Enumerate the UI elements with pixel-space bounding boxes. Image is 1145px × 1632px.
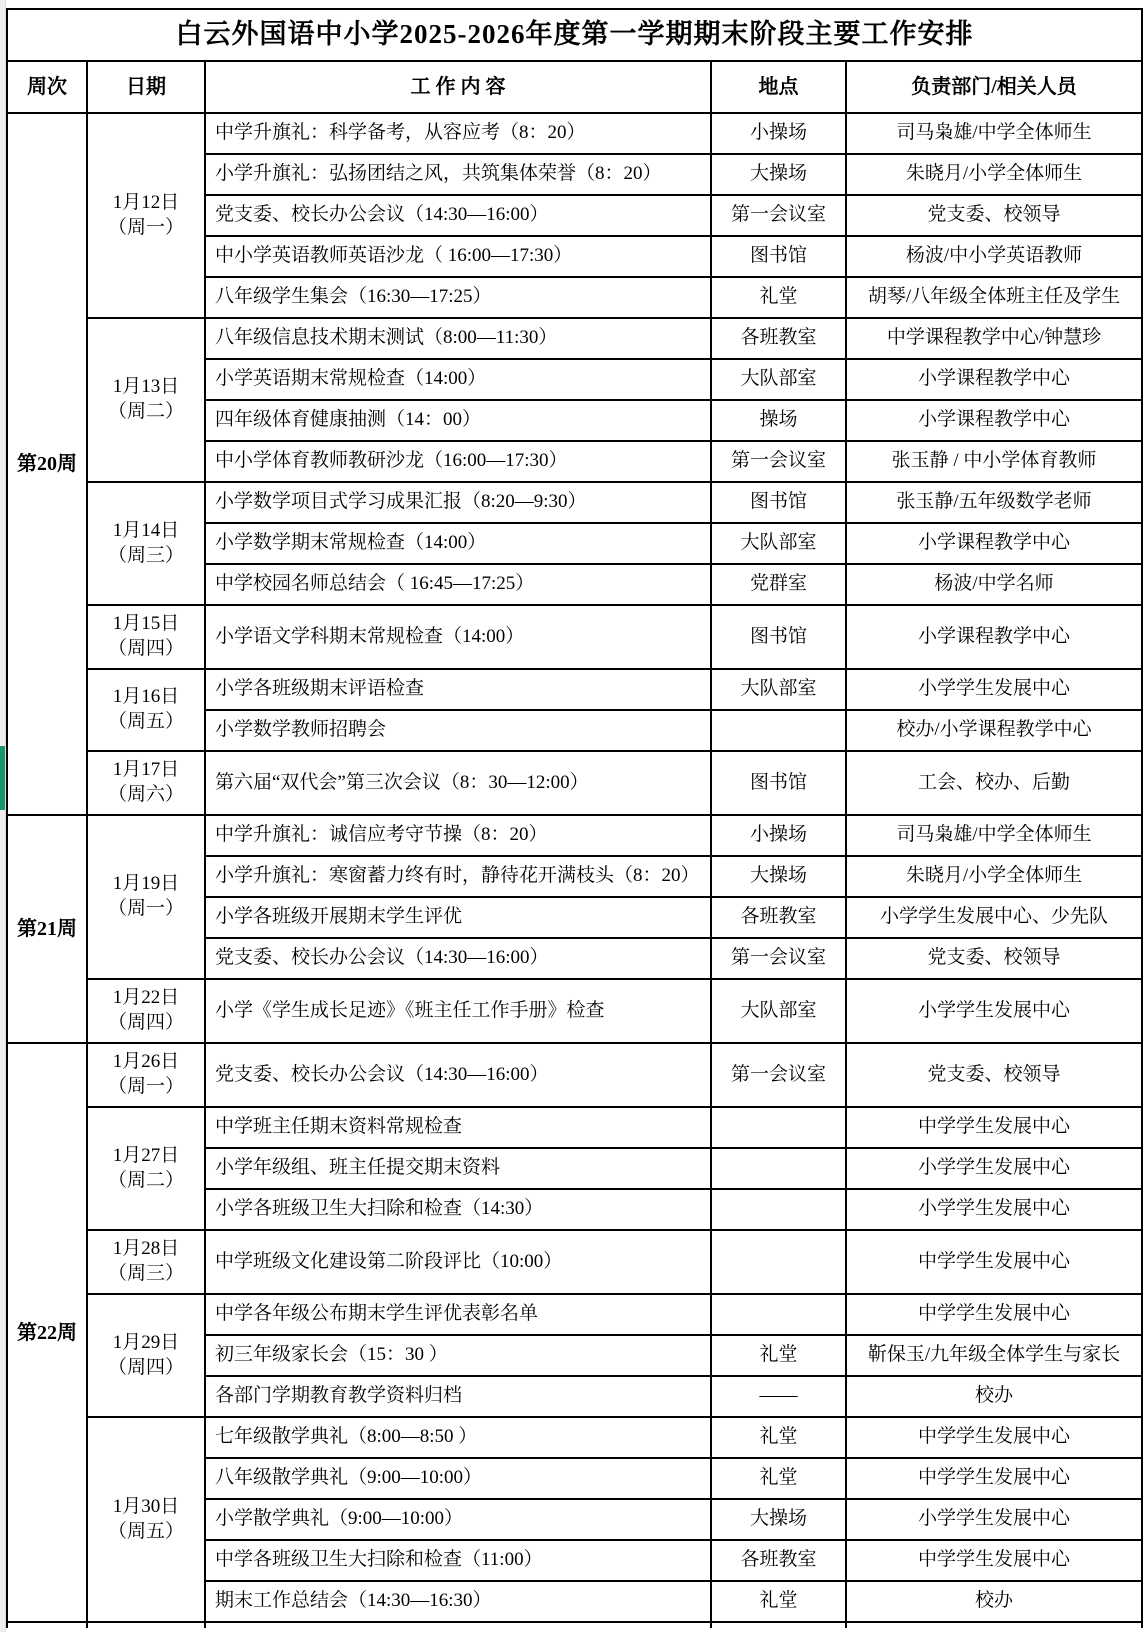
- location-cell: 各班教室: [711, 318, 846, 359]
- owner-cell: 中学学生发展中心: [846, 1417, 1142, 1458]
- owner-cell: 小学课程教学中心: [846, 523, 1142, 564]
- owner-cell: 党支委、校领导: [846, 938, 1142, 979]
- location-cell: ——: [711, 1376, 846, 1417]
- owner-cell: 杨波/中学名师: [846, 564, 1142, 605]
- owner-cell: 小学学生发展中心: [846, 1148, 1142, 1189]
- weekday-text: （周三）: [92, 544, 200, 569]
- date-text: 1月19日: [92, 872, 200, 897]
- owner-cell: 党支委、校领导: [846, 195, 1142, 236]
- task-cell: 党支委、校长办公会议（14:30—16:00）: [205, 195, 711, 236]
- task-cell: 中学各年级公布期末学生评优表彰名单: [205, 1294, 711, 1335]
- date-cell: 1月22日（周四）: [87, 979, 205, 1043]
- table-row: 1月30日（周五）七年级散学典礼（8:00—8:50 ）礼堂中学学生发展中心: [7, 1417, 1142, 1458]
- owner-cell: 朱晓月/小学全体师生: [846, 154, 1142, 195]
- weekday-text: （周五）: [92, 710, 200, 735]
- task-cell: 党支委、校长办公会议（14:30—16:00）: [205, 938, 711, 979]
- table-header-cell: 周次: [7, 61, 87, 113]
- task-cell: 中小学英语教师英语沙龙（ 16:00—17:30）: [205, 236, 711, 277]
- task-cell: 中学各班级卫生大扫除和检查（11:00）: [205, 1540, 711, 1581]
- owner-cell: 司马枭雄/中学全体师生: [846, 113, 1142, 154]
- table-row: 1月22日（周四）小学《学生成长足迹》《班主任工作手册》检查大队部室小学学生发展…: [7, 979, 1142, 1043]
- week-cell: 第20周: [7, 113, 87, 815]
- task-cell: 七年级散学典礼（8:00—8:50 ）: [205, 1417, 711, 1458]
- owner-cell: 胡琴/八年级全体班主任及学生: [846, 277, 1142, 318]
- task-cell: 八年级散学典礼（9:00—10:00）: [205, 1458, 711, 1499]
- date-cell: 1月13日（周二）: [87, 318, 205, 482]
- location-cell: 礼堂: [711, 1335, 846, 1376]
- location-cell: 小操场: [711, 113, 846, 154]
- date-text: 1月15日: [92, 612, 200, 637]
- task-cell: 小学英语期末常规检查（14:00）: [205, 359, 711, 400]
- task-cell: 各部门学期教育教学资料归档: [205, 1376, 711, 1417]
- location-cell: 第一会议室: [711, 1043, 846, 1107]
- location-cell: 大操场: [711, 1499, 846, 1540]
- task-cell: 期末工作总结会（14:30—16:30）: [205, 1581, 711, 1622]
- owner-cell: 小学课程教学中心: [846, 605, 1142, 669]
- date-cell: 1月27日（周二）: [87, 1107, 205, 1230]
- task-cell: 小学各班级卫生大扫除和检查（14:30）: [205, 1189, 711, 1230]
- owner-cell: 中学学生发展中心: [846, 1458, 1142, 1499]
- date-cell: 1月30日（周五）: [87, 1417, 205, 1622]
- task-cell: 中学班主任期末资料常规检查: [205, 1107, 711, 1148]
- location-cell: [711, 710, 846, 751]
- task-cell: 小学《学生成长足迹》《班主任工作手册》检查: [205, 979, 711, 1043]
- weekday-text: （周五）: [92, 1520, 200, 1545]
- location-cell: 各班教室: [711, 1540, 846, 1581]
- owner-cell: 张玉静 / 中小学体育教师: [846, 441, 1142, 482]
- location-cell: 礼堂: [711, 1581, 846, 1622]
- partial-cell: [87, 1622, 205, 1628]
- location-cell: 图书馆: [711, 751, 846, 815]
- weekday-text: （周一）: [92, 1075, 200, 1100]
- task-cell: 小学数学教师招聘会: [205, 710, 711, 751]
- date-cell: 1月16日（周五）: [87, 669, 205, 751]
- date-text: 1月30日: [92, 1495, 200, 1520]
- table-row: 1月27日（周二）中学班主任期末资料常规检查中学学生发展中心: [7, 1107, 1142, 1148]
- date-text: 1月16日: [92, 685, 200, 710]
- owner-cell: 党支委、校领导: [846, 1043, 1142, 1107]
- owner-cell: 中学学生发展中心: [846, 1540, 1142, 1581]
- task-cell: 小学升旗礼：弘扬团结之风，共筑集体荣誉（8：20）: [205, 154, 711, 195]
- owner-cell: 校办/小学课程教学中心: [846, 710, 1142, 751]
- location-cell: 操场: [711, 400, 846, 441]
- task-cell: 小学数学项目式学习成果汇报（8:20—9:30）: [205, 482, 711, 523]
- table-row: 第22周1月26日（周一）党支委、校长办公会议（14:30—16:00）第一会议…: [7, 1043, 1142, 1107]
- location-cell: 礼堂: [711, 1458, 846, 1499]
- owner-cell: 校办: [846, 1581, 1142, 1622]
- weekday-text: （周三）: [92, 1262, 200, 1287]
- location-cell: 小操场: [711, 815, 846, 856]
- location-cell: 大操场: [711, 154, 846, 195]
- weekday-text: （周六）: [92, 783, 200, 808]
- date-text: 1月13日: [92, 375, 200, 400]
- date-cell: 1月28日（周三）: [87, 1230, 205, 1294]
- task-cell: 小学各班级开展期末学生评优: [205, 897, 711, 938]
- location-cell: 图书馆: [711, 482, 846, 523]
- selection-indicator-bar: [0, 746, 5, 810]
- task-cell: 中学班级文化建设第二阶段评比（10:00）: [205, 1230, 711, 1294]
- task-cell: 小学数学期末常规检查（14:00）: [205, 523, 711, 564]
- location-cell: [711, 1294, 846, 1335]
- location-cell: 第一会议室: [711, 195, 846, 236]
- date-text: 1月26日: [92, 1050, 200, 1075]
- location-cell: 图书馆: [711, 605, 846, 669]
- owner-cell: 杨波/中小学英语教师: [846, 236, 1142, 277]
- owner-cell: 小学学生发展中心、少先队: [846, 897, 1142, 938]
- table-row: 1月28日（周三）中学班级文化建设第二阶段评比（10:00）中学学生发展中心: [7, 1230, 1142, 1294]
- date-cell: 1月26日（周一）: [87, 1043, 205, 1107]
- owner-cell: 靳保玉/九年级全体学生与家长: [846, 1335, 1142, 1376]
- task-cell: 中学升旗礼：科学备考，从容应考（8：20）: [205, 113, 711, 154]
- location-cell: 大操场: [711, 856, 846, 897]
- table-row: 1月13日（周二）八年级信息技术期末测试（8:00—11:30）各班教室中学课程…: [7, 318, 1142, 359]
- location-cell: 第一会议室: [711, 441, 846, 482]
- location-cell: [711, 1230, 846, 1294]
- weekday-text: （周一）: [92, 216, 200, 241]
- owner-cell: 小学课程教学中心: [846, 359, 1142, 400]
- date-text: 1月12日: [92, 191, 200, 216]
- owner-cell: 张玉静/五年级数学老师: [846, 482, 1142, 523]
- table-header-cell: 负责部门/相关人员: [846, 61, 1142, 113]
- date-cell: 1月12日（周一）: [87, 113, 205, 318]
- owner-cell: 工会、校办、后勤: [846, 751, 1142, 815]
- owner-cell: 小学学生发展中心: [846, 1189, 1142, 1230]
- weekday-text: （周四）: [92, 1011, 200, 1036]
- task-cell: 小学升旗礼：寒窗蓄力终有时，静待花开满枝头（8：20）: [205, 856, 711, 897]
- table-row: 1月14日（周三）小学数学项目式学习成果汇报（8:20—9:30）图书馆张玉静/…: [7, 482, 1142, 523]
- date-text: 1月14日: [92, 519, 200, 544]
- location-cell: [711, 1189, 846, 1230]
- weekday-text: （周一）: [92, 897, 200, 922]
- location-cell: 大队部室: [711, 523, 846, 564]
- week-cell: 第21周: [7, 815, 87, 1043]
- task-cell: 第六届“双代会”第三次会议（8：30—12:00）: [205, 751, 711, 815]
- table-row: 1月16日（周五）小学各班级期末评语检查大队部室小学学生发展中心: [7, 669, 1142, 710]
- task-cell: 初三年级家长会（15：30 ）: [205, 1335, 711, 1376]
- partial-cell: [711, 1622, 846, 1628]
- task-cell: 小学各班级期末评语检查: [205, 669, 711, 710]
- date-text: 1月17日: [92, 758, 200, 783]
- owner-cell: 小学课程教学中心: [846, 400, 1142, 441]
- owner-cell: 校办: [846, 1376, 1142, 1417]
- week-cell: 第22周: [7, 1043, 87, 1622]
- table-header-cell: 日期: [87, 61, 205, 113]
- date-text: 1月29日: [92, 1331, 200, 1356]
- location-cell: 党群室: [711, 564, 846, 605]
- location-cell: 图书馆: [711, 236, 846, 277]
- owner-cell: 中学学生发展中心: [846, 1107, 1142, 1148]
- task-cell: 八年级学生集会（16:30—17:25）: [205, 277, 711, 318]
- task-cell: 党支委、校长办公会议（14:30—16:00）: [205, 1043, 711, 1107]
- table-row: 1月15日（周四）小学语文学科期末常规检查（14:00）图书馆小学课程教学中心: [7, 605, 1142, 669]
- table-row: 1月17日（周六）第六届“双代会”第三次会议（8：30—12:00）图书馆工会、…: [7, 751, 1142, 815]
- table-header-cell: 工 作 内 容: [205, 61, 711, 113]
- schedule-table: 白云外国语中小学2025-2026年度第一学期期末阶段主要工作安排周次日期工 作…: [6, 8, 1143, 1628]
- location-cell: 大队部室: [711, 979, 846, 1043]
- owner-cell: 小学学生发展中心: [846, 1499, 1142, 1540]
- owner-cell: 中学学生发展中心: [846, 1294, 1142, 1335]
- task-cell: 中小学体育教师教研沙龙（16:00—17:30）: [205, 441, 711, 482]
- date-text: 1月28日: [92, 1237, 200, 1262]
- task-cell: 中学校园名师总结会（ 16:45—17:25）: [205, 564, 711, 605]
- location-cell: [711, 1148, 846, 1189]
- partial-cell: [846, 1622, 1142, 1628]
- partial-cell: [7, 1622, 87, 1628]
- owner-cell: 朱晓月/小学全体师生: [846, 856, 1142, 897]
- location-cell: 各班教室: [711, 897, 846, 938]
- location-cell: 第一会议室: [711, 938, 846, 979]
- date-cell: 1月15日（周四）: [87, 605, 205, 669]
- location-cell: 礼堂: [711, 277, 846, 318]
- date-text: 1月27日: [92, 1144, 200, 1169]
- page-title: 白云外国语中小学2025-2026年度第一学期期末阶段主要工作安排: [7, 9, 1142, 61]
- task-cell: 小学年级组、班主任提交期末资料: [205, 1148, 711, 1189]
- location-cell: 礼堂: [711, 1417, 846, 1458]
- header-row: 周次日期工 作 内 容地点负责部门/相关人员: [7, 61, 1142, 113]
- owner-cell: 司马枭雄/中学全体师生: [846, 815, 1142, 856]
- table-row: 第21周1月19日（周一）中学升旗礼：诚信应考守节操（8：20）小操场司马枭雄/…: [7, 815, 1142, 856]
- table-row: 第20周1月12日（周一）中学升旗礼：科学备考，从容应考（8：20）小操场司马枭…: [7, 113, 1142, 154]
- partial-bottom-row: [7, 1622, 1142, 1628]
- table-header-cell: 地点: [711, 61, 846, 113]
- weekday-text: （周二）: [92, 400, 200, 425]
- task-cell: 八年级信息技术期末测试（8:00—11:30）: [205, 318, 711, 359]
- schedule-table-body: 白云外国语中小学2025-2026年度第一学期期末阶段主要工作安排周次日期工 作…: [7, 9, 1142, 1628]
- table-row: 1月29日（周四）中学各年级公布期末学生评优表彰名单中学学生发展中心: [7, 1294, 1142, 1335]
- location-cell: 大队部室: [711, 669, 846, 710]
- owner-cell: 小学学生发展中心: [846, 979, 1142, 1043]
- task-cell: 四年级体育健康抽测（14：00）: [205, 400, 711, 441]
- location-cell: 大队部室: [711, 359, 846, 400]
- owner-cell: 小学学生发展中心: [846, 669, 1142, 710]
- owner-cell: 中学学生发展中心: [846, 1230, 1142, 1294]
- task-cell: 小学语文学科期末常规检查（14:00）: [205, 605, 711, 669]
- weekday-text: （周四）: [92, 1356, 200, 1381]
- date-cell: 1月29日（周四）: [87, 1294, 205, 1417]
- weekday-text: （周二）: [92, 1169, 200, 1194]
- weekday-text: （周四）: [92, 637, 200, 662]
- title-row: 白云外国语中小学2025-2026年度第一学期期末阶段主要工作安排: [7, 9, 1142, 61]
- partial-cell: [205, 1622, 711, 1628]
- task-cell: 中学升旗礼：诚信应考守节操（8：20）: [205, 815, 711, 856]
- date-cell: 1月19日（周一）: [87, 815, 205, 979]
- owner-cell: 中学课程教学中心/钟慧珍: [846, 318, 1142, 359]
- date-cell: 1月14日（周三）: [87, 482, 205, 605]
- date-text: 1月22日: [92, 986, 200, 1011]
- date-cell: 1月17日（周六）: [87, 751, 205, 815]
- task-cell: 小学散学典礼（9:00—10:00）: [205, 1499, 711, 1540]
- location-cell: [711, 1107, 846, 1148]
